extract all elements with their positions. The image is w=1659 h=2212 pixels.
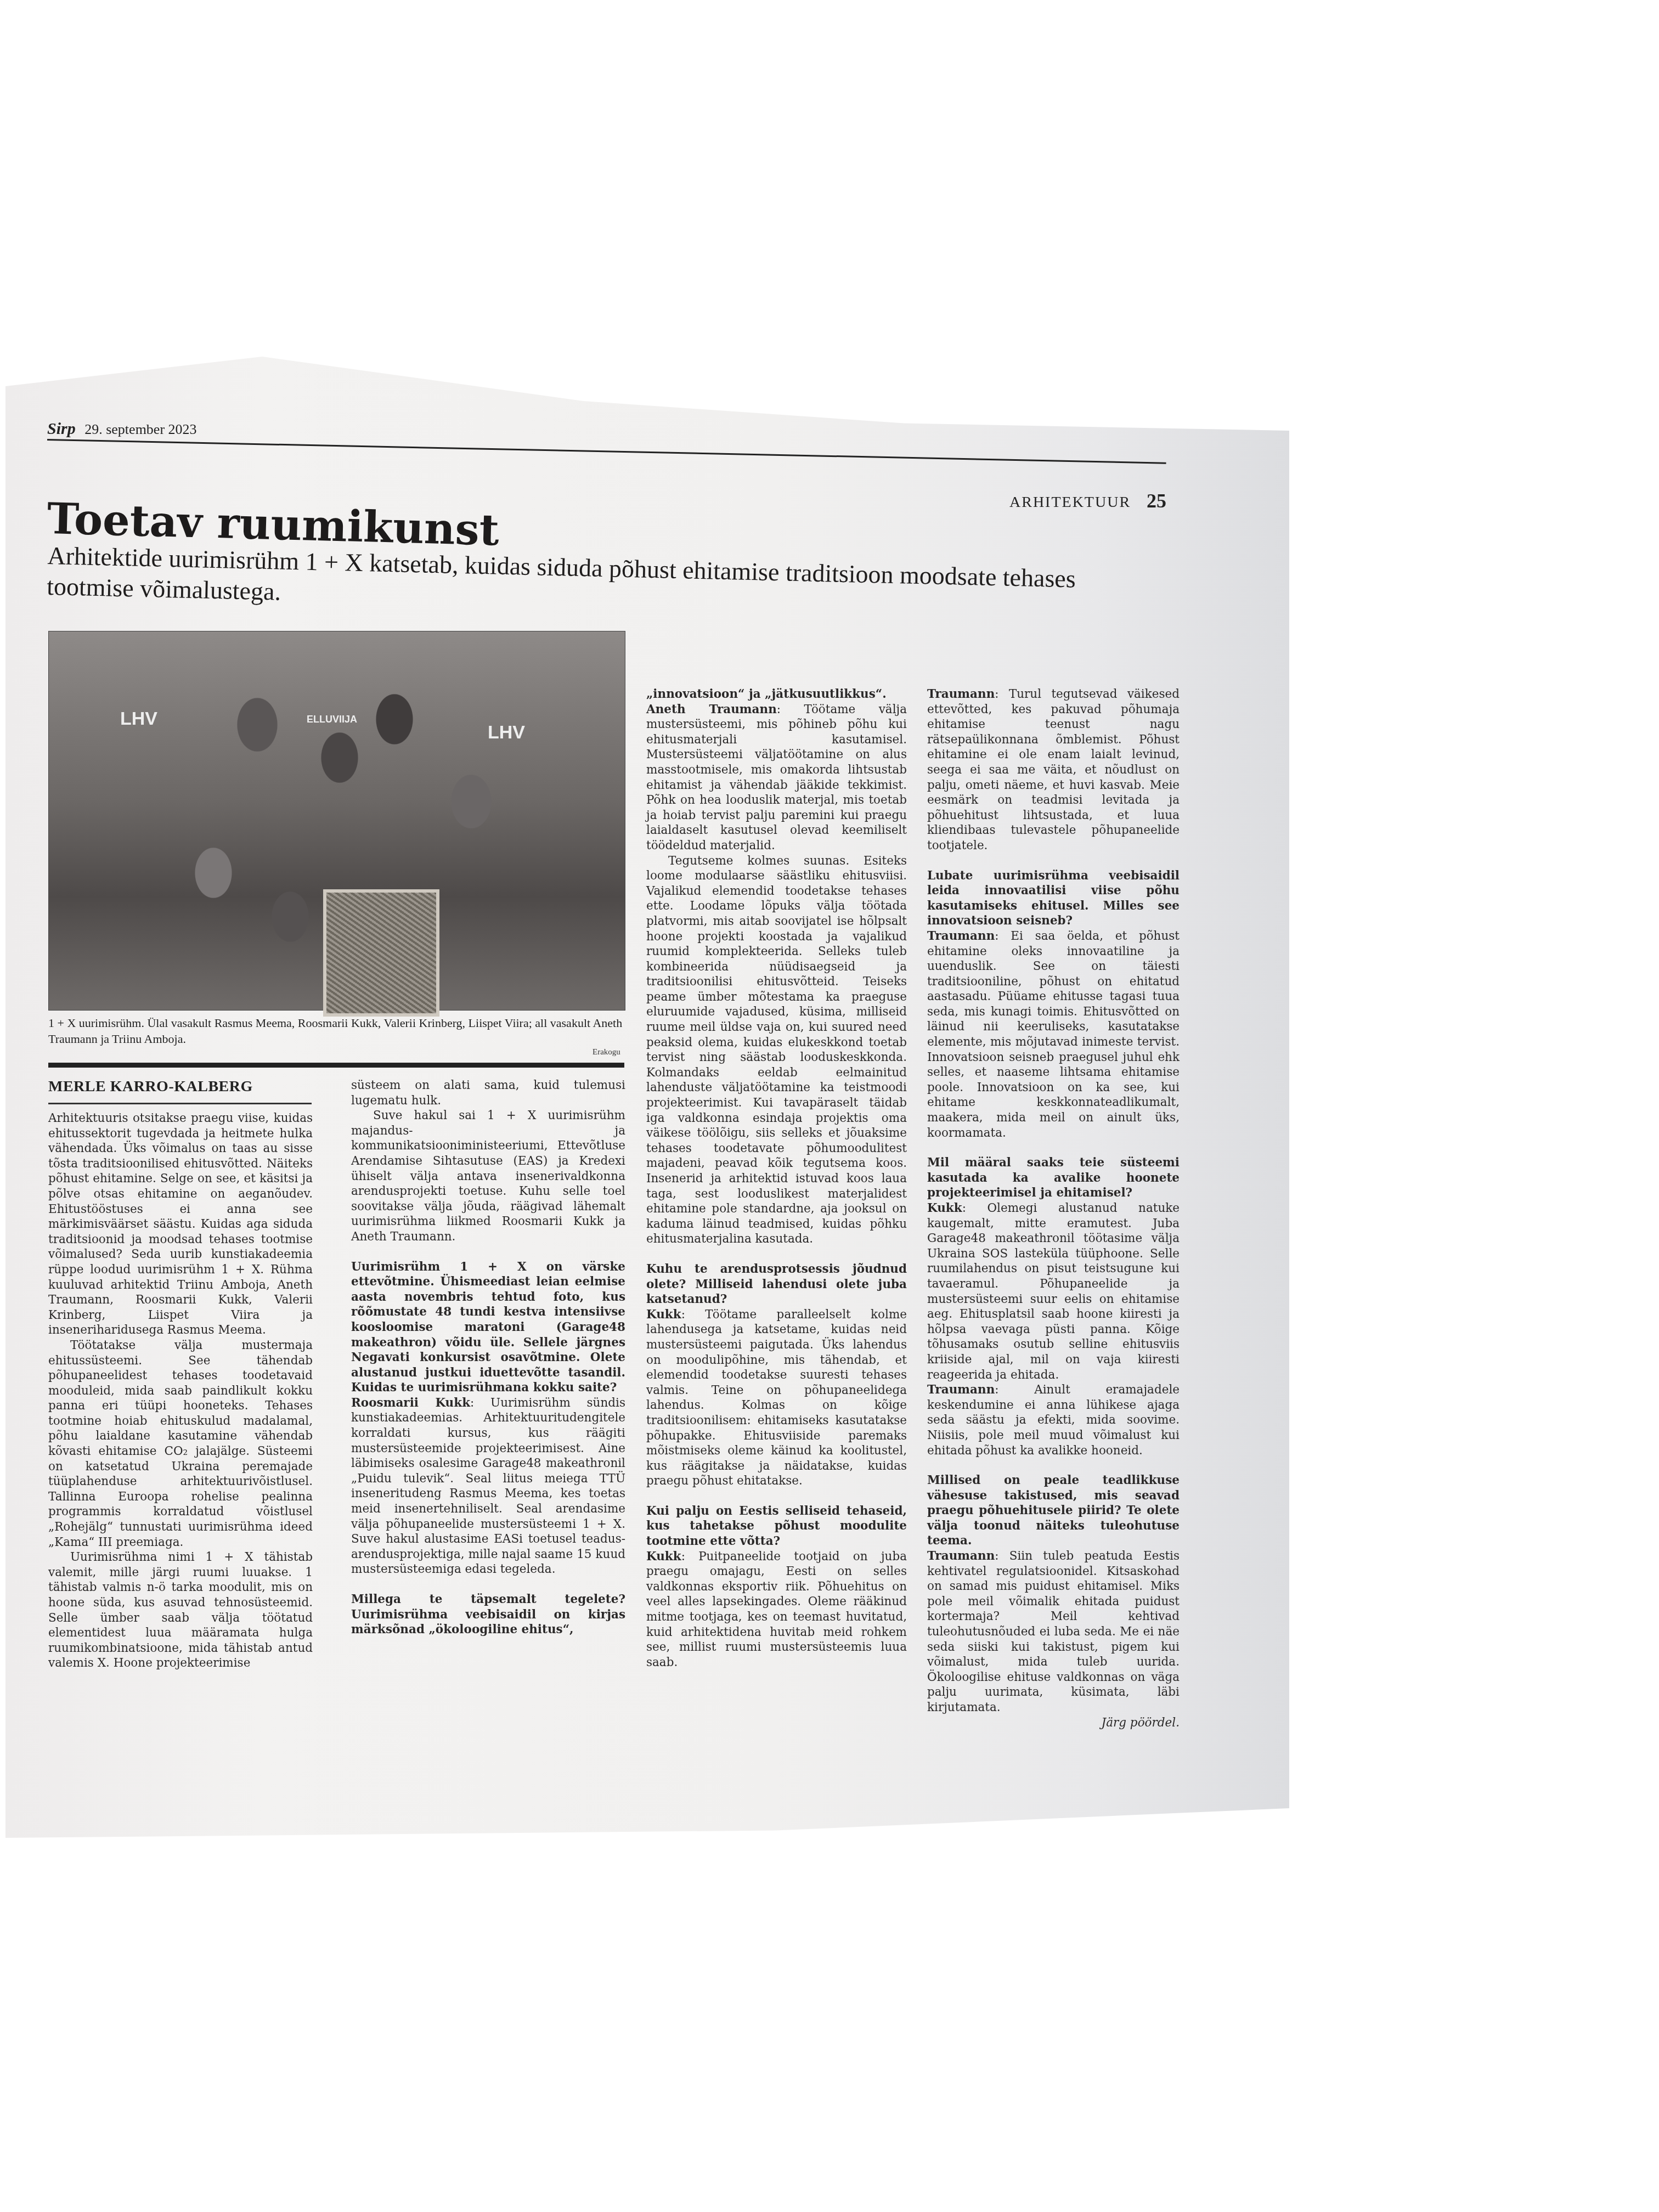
- publication-name: Sirp: [47, 420, 76, 438]
- photo-logo: ELLUVIIJA: [307, 714, 357, 725]
- interview-question: Uurimisrühm 1 + X on värske ettevõtmine.…: [351, 1260, 625, 1396]
- page-number: 25: [1147, 489, 1166, 512]
- section-divider: [48, 1063, 624, 1068]
- speaker-name: Traumann: [927, 929, 995, 943]
- interview-question: Kuhu te arendusprotsessis jõudnud olete?…: [646, 1262, 907, 1307]
- answer-text: : Töötame välja mustersüsteemi, mis põhi…: [646, 703, 907, 853]
- paragraph: Arhitektuuris otsitakse praegu viise, ku…: [48, 1111, 313, 1338]
- paragraph: Töötatakse välja mustermaja ehitussüstee…: [48, 1338, 313, 1550]
- interview-question: Lubate uurimisrühma veebisaidil leida in…: [927, 868, 1180, 929]
- interview-answer: Aneth Traumann: Töötame välja mustersüst…: [646, 702, 907, 854]
- interview-question: Kui palju on Eestis selliseid tehaseid, …: [646, 1504, 907, 1549]
- interview-answer: Kukk: Töötame paralleelselt kolme lahend…: [646, 1307, 907, 1489]
- answer-text: : Puitpaneelide tootjaid on juba praegu …: [646, 1550, 907, 1669]
- interview-answer: Kukk: Olemegi alustanud natuke kaugemalt…: [927, 1201, 1180, 1383]
- interview-answer: Traumann: Ainult eramajadele keskendumin…: [927, 1383, 1180, 1458]
- speaker-name: Traumann: [927, 1383, 995, 1397]
- interview-answer: Traumann: Ei saa öelda, et põhust ehitam…: [927, 929, 1180, 1141]
- continued-note: Järg pöördel.: [927, 1716, 1180, 1731]
- group-photo: LHV LHV ELLUVIIJA: [48, 631, 625, 1011]
- answer-text: : Ei saa öelda, et põhust ehitamine olek…: [927, 929, 1180, 1140]
- answer-text: : Turul tegutsevad väikesed ettevõtted, …: [927, 687, 1180, 853]
- interview-answer: Traumann: Siin tuleb peatuda Eestis keht…: [927, 1549, 1180, 1716]
- photo-credit: Erakogu: [592, 1048, 620, 1057]
- photo-logo: LHV: [488, 722, 525, 743]
- photo-caption: 1 + X uurimisrühm. Ülal vasakult Rasmus …: [48, 1015, 624, 1047]
- paragraph: Tegutseme kolmes suunas. Esiteks loome m…: [646, 854, 907, 1247]
- section-label: ARHITEKTUUR: [1009, 494, 1131, 511]
- answer-text: : Töötame paralleelselt kolme lahenduseg…: [646, 1308, 907, 1488]
- answer-text: : Olemegi alustanud natuke kaugemalt, mi…: [927, 1201, 1180, 1382]
- speaker-name: Roosmarii Kukk: [351, 1396, 470, 1410]
- speaker-name: Traumann: [927, 1549, 995, 1563]
- paragraph: Suve hakul sai 1 + X uurimisrühm majandu…: [351, 1108, 625, 1244]
- interview-question: Millised on peale teadlikkuse vähesuse t…: [927, 1473, 1180, 1549]
- speaker-name: Aneth Traumann: [646, 703, 777, 716]
- interview-question: Mil määral saaks teie süsteemi kasutada …: [927, 1155, 1180, 1201]
- interview-answer: Kukk: Puitpaneelide tootjaid on juba pra…: [646, 1549, 907, 1671]
- interview-question: Millega te täpsemalt tegelete? Uurimisrü…: [351, 1592, 625, 1638]
- interview-answer: Traumann: Turul tegutsevad väikesed ette…: [927, 687, 1180, 854]
- byline-rule: [48, 1103, 312, 1104]
- speaker-name: Traumann: [927, 687, 995, 701]
- text-column-2: süsteem on alati sama, kuid tulemusi lug…: [351, 1078, 625, 1638]
- paragraph: Uurimisrühma nimi 1 + X tähistab valemit…: [48, 1550, 313, 1671]
- speaker-name: Kukk: [646, 1308, 681, 1322]
- interview-question-continued: „innovatsioon“ ja „jätkusuutlikkus“.: [646, 687, 907, 702]
- author-byline: MERLE KARRO-KALBERG: [48, 1078, 253, 1096]
- interview-answer: Roosmarii Kukk: Uurimisrühm sündis kunst…: [351, 1396, 625, 1577]
- paragraph: süsteem on alati sama, kuid tulemusi lug…: [351, 1078, 625, 1108]
- answer-text: : Uurimisrühm sündis kunstiakadeemias. A…: [351, 1396, 625, 1577]
- straw-panel-model: [323, 889, 439, 1017]
- text-column-1: Arhitektuuris otsitakse praegu viise, ku…: [48, 1111, 313, 1671]
- text-column-3: „innovatsioon“ ja „jätkusuutlikkus“. Ane…: [646, 687, 907, 1670]
- text-column-4: Traumann: Turul tegutsevad väikesed ette…: [927, 687, 1180, 1730]
- masthead: Sirp 29. september 2023: [47, 420, 197, 438]
- answer-text: : Siin tuleb peatuda Eestis kehtivatel r…: [927, 1549, 1180, 1714]
- issue-date: 29. september 2023: [84, 421, 196, 437]
- speaker-name: Kukk: [646, 1550, 681, 1564]
- speaker-name: Kukk: [927, 1201, 962, 1215]
- photo-logo: LHV: [120, 708, 157, 730]
